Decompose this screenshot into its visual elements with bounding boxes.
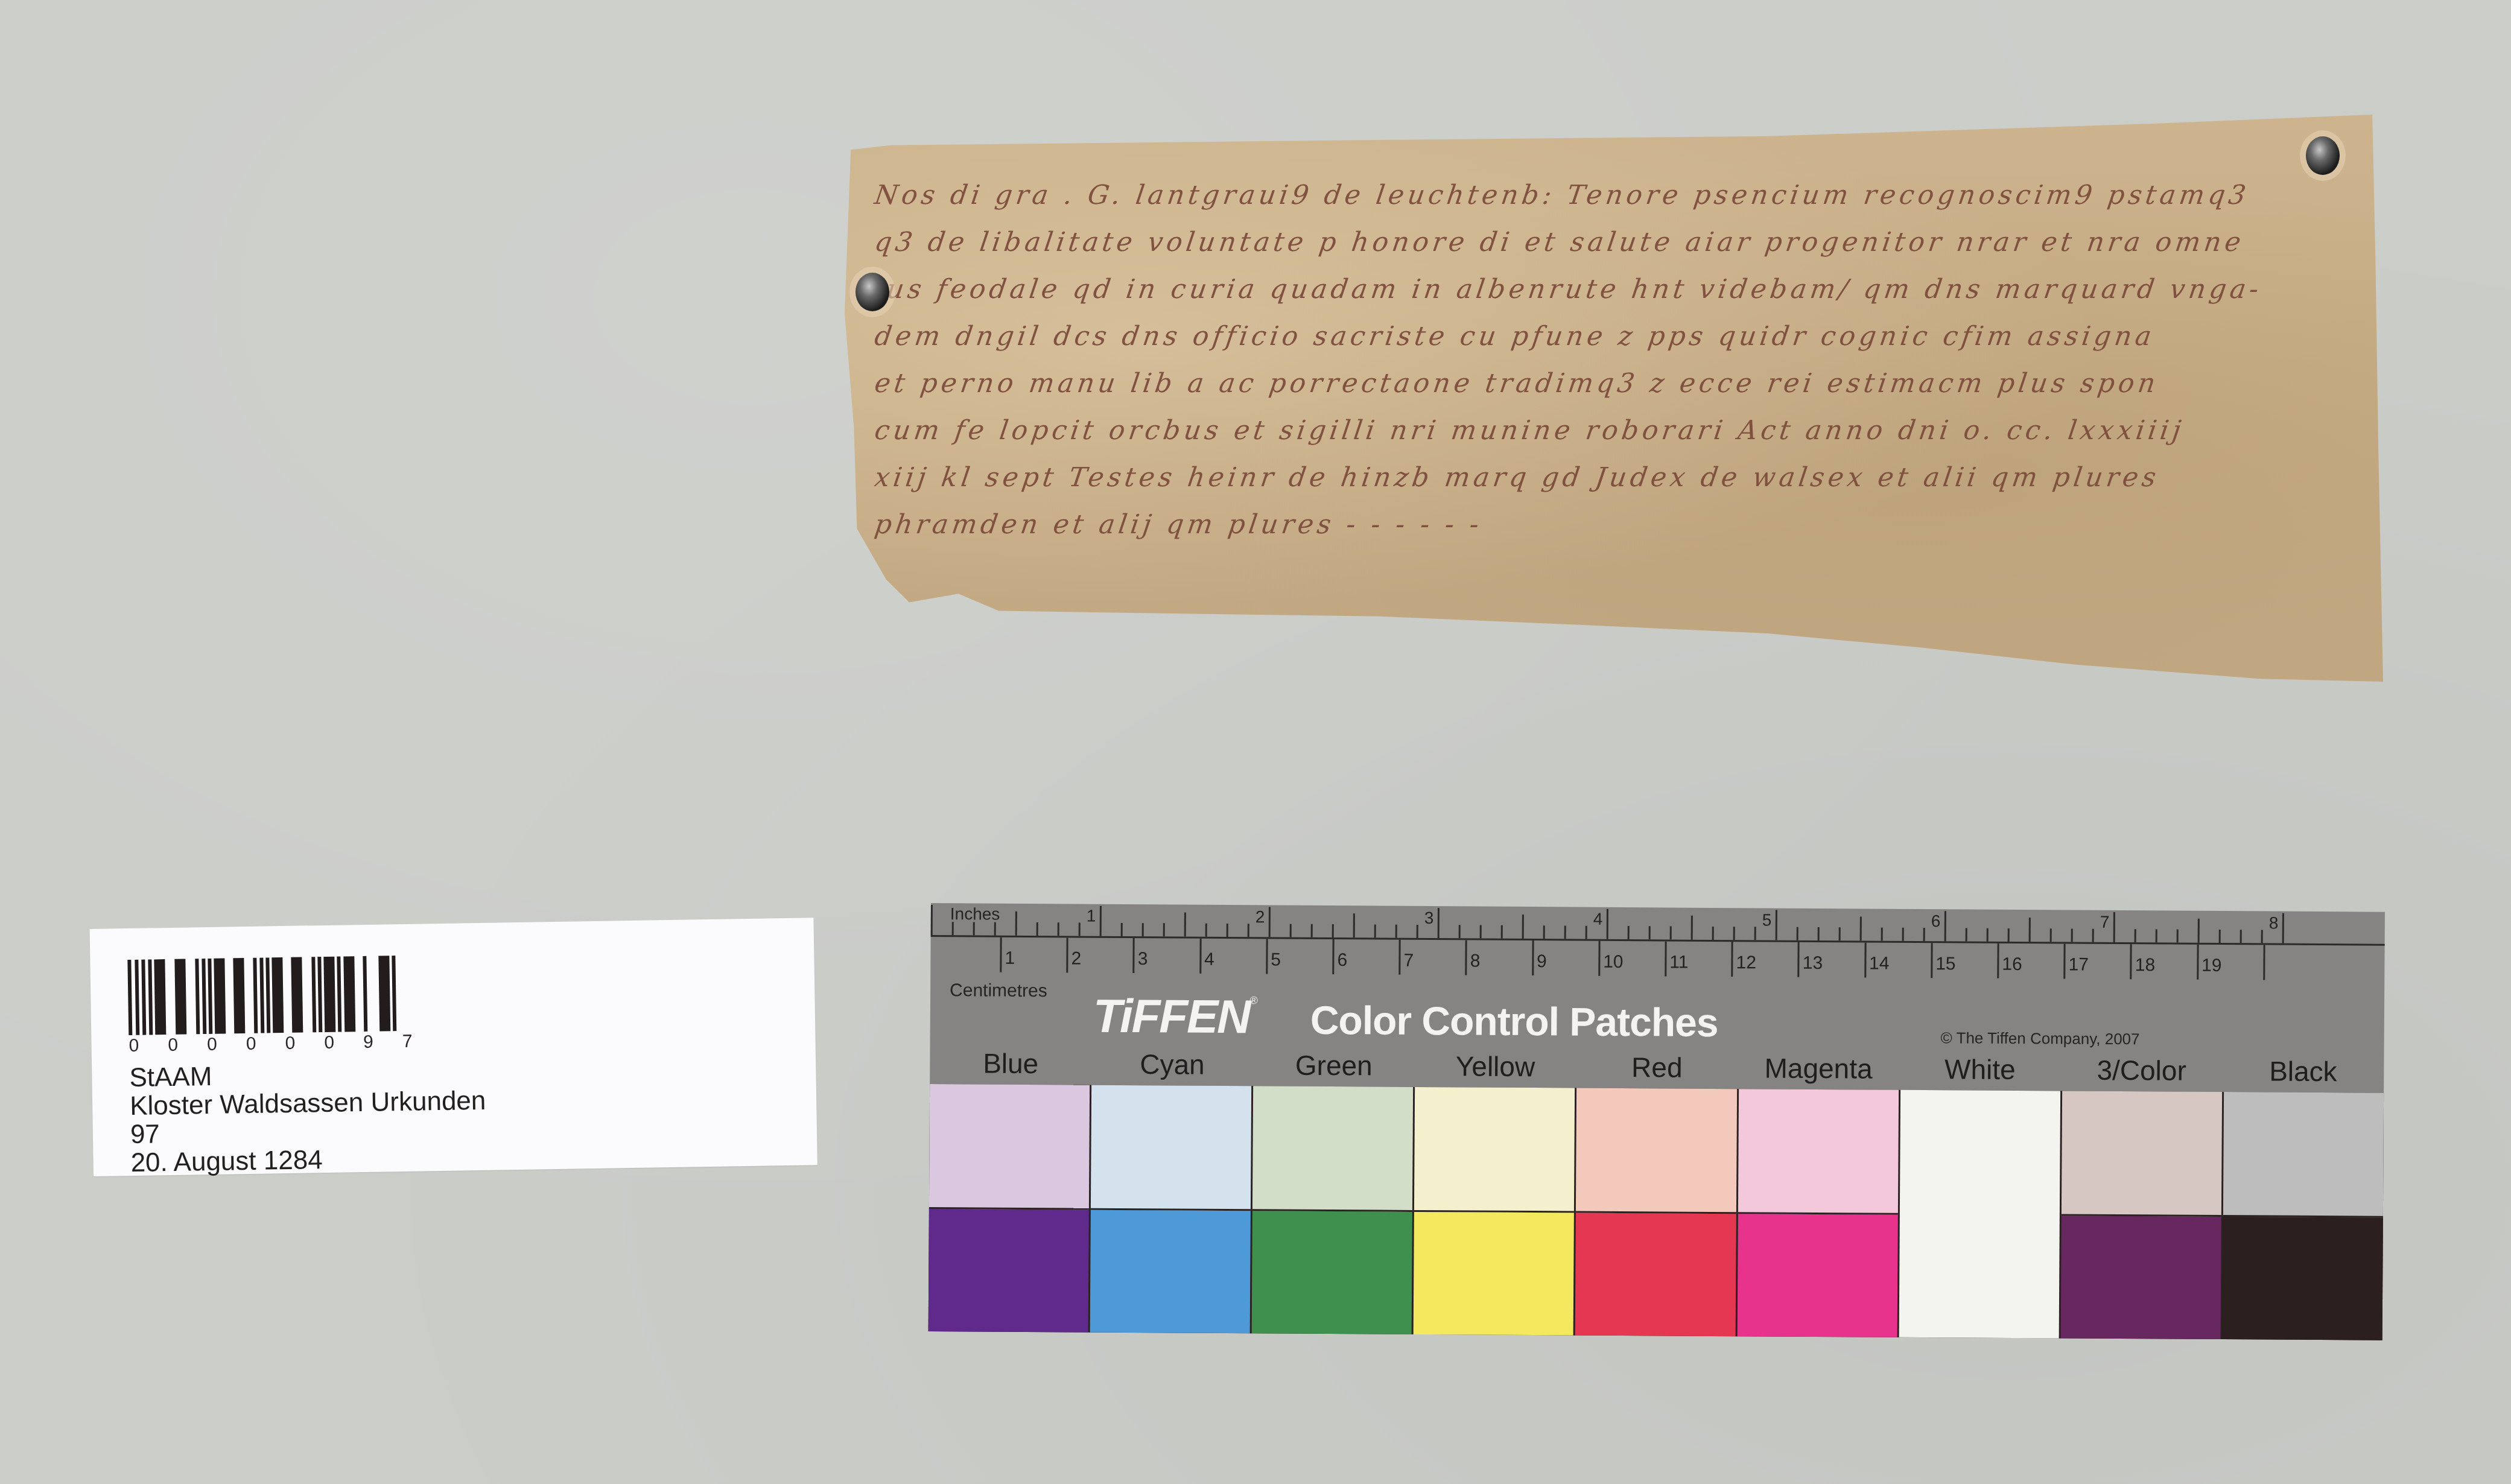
- cm-tick: [1665, 941, 1666, 976]
- tiffen-logo: TiFFEN®: [1093, 989, 1257, 1045]
- cm-tick: [1532, 940, 1534, 975]
- inch-tick: [1058, 922, 1059, 936]
- cm-tick: [1997, 943, 1999, 978]
- cm-number: 6: [1337, 950, 1347, 971]
- barcode-bar: [363, 956, 367, 1032]
- inch-tick: [1121, 923, 1123, 936]
- label-text: StAAM Kloster Waldsassen Urkunden 97 20.…: [129, 1059, 487, 1178]
- cm-tick: [1066, 937, 1068, 972]
- manuscript-text: Nos di gra . G. lantgraui9 de leuchtenb:…: [875, 172, 2335, 548]
- patch-column-3color: [2060, 1091, 2224, 1339]
- patch-name-magenta: Magenta: [1738, 1051, 1899, 1086]
- copyright-notice: © The Tiffen Company, 2007: [1941, 1029, 2140, 1048]
- inch-tick: [1353, 913, 1355, 937]
- inch-tick: [1438, 908, 1440, 938]
- barcode-digit: 0: [324, 1033, 334, 1053]
- patch-column-yellow: [1414, 1087, 1577, 1336]
- barcode-bar: [317, 957, 322, 1032]
- barcode-bar: [127, 960, 132, 1035]
- color-patches: [929, 1084, 2384, 1340]
- manuscript-line: ius feodale qd in curia quadam in albenr…: [875, 266, 2335, 313]
- cm-tick: [2263, 945, 2265, 980]
- cm-tick: [1332, 939, 1334, 974]
- barcode-bar: [291, 957, 303, 1033]
- barcode-digit: 9: [363, 1032, 373, 1053]
- patch-cyan-light: [1091, 1085, 1251, 1211]
- inch-tick: [2008, 928, 2010, 942]
- patch-column-white: [1899, 1090, 2062, 1339]
- inch-tick: [1248, 924, 1249, 937]
- cm-number: 2: [1071, 948, 1082, 969]
- patch-column-blue: [929, 1084, 1092, 1333]
- cm-number: 1: [1005, 948, 1015, 969]
- inch-tick: [1860, 916, 1862, 940]
- cm-number: 9: [1537, 951, 1547, 972]
- barcode-bar: [214, 959, 226, 1034]
- inch-tick: [2092, 929, 2094, 942]
- patch-black-dark: [2222, 1217, 2382, 1340]
- cm-tick: [1000, 937, 1002, 972]
- chart-title: Color Control Patches: [1310, 997, 1718, 1045]
- cm-number: 14: [1869, 954, 1890, 974]
- inch-tick: [1902, 928, 1904, 941]
- barcode-bar: [337, 957, 341, 1032]
- cm-tick: [1598, 941, 1600, 976]
- inch-tick: [1691, 916, 1693, 940]
- inch-tick: [2113, 912, 2115, 942]
- document-date: 20. August 1284: [130, 1144, 487, 1178]
- patch-name-black: Black: [2222, 1054, 2384, 1089]
- inch-tick: [2156, 929, 2157, 942]
- inch-tick: [1586, 926, 1587, 939]
- inch-tick: [1733, 927, 1735, 940]
- barcode-bar: [195, 959, 200, 1034]
- patch-name-red: Red: [1576, 1051, 1738, 1086]
- inch-tick: [1290, 924, 1292, 937]
- chart-header: Inches 12345678 123456789101112131415161…: [930, 903, 2385, 1093]
- inch-tick: [2050, 928, 2052, 942]
- barcode-bar: [154, 959, 166, 1035]
- rivet-left-icon: [856, 273, 889, 311]
- barcode-bar: [253, 958, 258, 1033]
- patch-red-light: [1576, 1088, 1736, 1214]
- cm-number: 5: [1271, 950, 1281, 970]
- barcode-bar: [202, 959, 206, 1034]
- color-control-chart: Inches 12345678 123456789101112131415161…: [929, 903, 2385, 1342]
- inch-tick: [1374, 924, 1376, 937]
- patch-name-white: White: [1899, 1053, 2061, 1088]
- manuscript-line: xiij kl sept Testes heinr de hinzb marq …: [875, 454, 2335, 501]
- inch-tick: [1142, 923, 1144, 936]
- barcode-bar: [174, 959, 186, 1035]
- patch-column-red: [1575, 1088, 1739, 1337]
- patch-yellow-light: [1414, 1087, 1575, 1213]
- inch-tick: [931, 905, 933, 935]
- inch-number: 3: [1424, 908, 1434, 928]
- inch-tick: [1522, 915, 1524, 939]
- patch-names: Blue Cyan Green Yellow Red Magenta White…: [930, 1047, 2384, 1089]
- cm-number: 7: [1404, 951, 1414, 971]
- inch-tick: [2219, 930, 2221, 943]
- inch-tick: [1163, 923, 1165, 936]
- inch-tick: [1754, 927, 1756, 940]
- cm-number: 4: [1204, 950, 1214, 970]
- inch-tick: [1395, 925, 1397, 938]
- inch-tick: [2240, 930, 2242, 943]
- rivet-right-icon: [2306, 136, 2340, 175]
- cm-number: 11: [1669, 952, 1688, 972]
- patch-red-dark: [1575, 1213, 1736, 1336]
- patch-name-3color: 3/Color: [2061, 1053, 2223, 1088]
- inch-tick: [2177, 930, 2179, 943]
- ruler-line: [931, 935, 2385, 946]
- inch-tick: [1839, 927, 1841, 940]
- inch-number: 7: [2100, 913, 2110, 932]
- inch-tick: [1227, 924, 1228, 937]
- inch-tick: [1311, 924, 1313, 937]
- inch-number: 4: [1593, 910, 1603, 929]
- patch-column-black: [2222, 1092, 2384, 1340]
- inch-tick: [1480, 925, 1482, 939]
- inches-caption: Inches: [950, 904, 1000, 924]
- cm-tick: [1931, 943, 1932, 978]
- cm-number: 12: [1736, 953, 1757, 973]
- barcode-bar: [233, 958, 245, 1033]
- inch-tick: [1459, 925, 1461, 938]
- inch-number: 8: [2269, 914, 2279, 933]
- inch-tick: [2029, 918, 2031, 942]
- barcode-bar: [148, 959, 153, 1035]
- barcode-digit: 0: [168, 1035, 178, 1056]
- barcode-digit: 0: [285, 1033, 295, 1054]
- cm-tick: [2130, 944, 2132, 979]
- cm-number: 16: [2002, 954, 2022, 975]
- cm-tick: [1199, 939, 1201, 974]
- patch-name-green: Green: [1253, 1048, 1415, 1083]
- patch-magenta-dark: [1737, 1214, 1897, 1337]
- inch-tick: [1543, 925, 1545, 939]
- barcode-digit: 0: [207, 1035, 217, 1055]
- inch-tick: [1944, 911, 1946, 941]
- cm-number: 10: [1603, 952, 1624, 972]
- patch-cyan-dark: [1090, 1210, 1251, 1333]
- patch-name-cyan: Cyan: [1091, 1048, 1253, 1083]
- inch-number: 2: [1255, 907, 1265, 927]
- inch-tick: [1776, 910, 1777, 940]
- inch-tick: [1649, 926, 1651, 939]
- manuscript-line: dem dngil dcs dns officio sacriste cu pf…: [875, 313, 2335, 360]
- inch-tick: [1564, 925, 1566, 939]
- cm-tick: [1864, 942, 1866, 977]
- barcode-bar: [271, 957, 284, 1033]
- cm-tick: [2063, 943, 2065, 978]
- inch-tick: [1417, 925, 1418, 938]
- patch-magenta-light: [1738, 1089, 1898, 1214]
- inch-tick: [2282, 913, 2284, 943]
- cm-tick: [1398, 940, 1400, 975]
- inch-tick: [1205, 924, 1207, 937]
- inch-tick: [1100, 906, 1102, 936]
- inch-tick: [1966, 928, 1967, 941]
- inch-tick: [1712, 927, 1714, 940]
- patch-green-light: [1252, 1086, 1413, 1211]
- manuscript-line: phramden et alij qm plures - - - - - -: [875, 501, 2335, 548]
- inch-tick: [1332, 924, 1334, 937]
- inch-number: 5: [1762, 910, 1772, 930]
- cm-number: 18: [2135, 955, 2156, 975]
- patch-blue-light: [929, 1084, 1090, 1210]
- centimetres-caption: Centimetres: [950, 980, 1047, 1001]
- catalog-label: 0 0 0 0 0 0 9 7 StAAM Kloster Waldsassen…: [90, 918, 817, 1176]
- barcode-bar: [323, 957, 335, 1032]
- inch-tick: [2135, 929, 2136, 942]
- collection-name: Kloster Waldsassen Urkunden: [130, 1087, 486, 1121]
- patch-yellow-dark: [1414, 1211, 1574, 1335]
- inch-tick: [1628, 926, 1630, 939]
- inch-tick: [973, 922, 975, 935]
- inch-tick: [1269, 907, 1271, 937]
- cm-tick: [1133, 938, 1135, 973]
- cm-number: 13: [1803, 953, 1823, 974]
- cm-tick: [1798, 942, 1800, 977]
- patch-column-cyan: [1090, 1085, 1254, 1334]
- parchment-charter: Nos di gra . G. lantgraui9 de leuchtenb:…: [845, 115, 2383, 682]
- barcode-bar: [311, 957, 316, 1032]
- inch-tick: [1501, 925, 1503, 939]
- cm-number: 19: [2201, 956, 2222, 976]
- patch-black-light: [2223, 1092, 2384, 1217]
- cm-number: 17: [2068, 955, 2089, 975]
- inch-tick: [1797, 927, 1798, 940]
- patch-white: [1899, 1090, 2060, 1339]
- barcode: [127, 956, 396, 1035]
- inch-tick: [1923, 928, 1925, 941]
- inch-tick: [1881, 928, 1883, 941]
- patch-column-magenta: [1737, 1089, 1900, 1337]
- inch-tick: [1670, 926, 1672, 939]
- manuscript-line: et perno manu lib a ac porrectaone tradi…: [875, 360, 2335, 407]
- cm-tick: [1266, 939, 1268, 974]
- barcode-digit: 7: [402, 1032, 413, 1052]
- patch-blue-dark: [929, 1208, 1089, 1332]
- inch-tick: [1987, 928, 1989, 942]
- barcode-digits: 0 0 0 0 0 0 9 7: [129, 1032, 412, 1056]
- barcode-digit: 0: [129, 1036, 139, 1056]
- manuscript-line: Nos di gra . G. lantgraui9 de leuchtenb:…: [875, 172, 2335, 219]
- barcode-bar: [392, 956, 396, 1031]
- cm-number: 15: [1935, 954, 1956, 974]
- barcode-bar: [343, 956, 355, 1032]
- patch-3color-dark: [2060, 1216, 2221, 1339]
- inch-tick: [1818, 927, 1820, 940]
- inch-tick: [1079, 922, 1081, 936]
- inch-tick: [952, 922, 954, 935]
- inch-tick: [1015, 912, 1017, 936]
- patch-name-yellow: Yellow: [1415, 1050, 1576, 1085]
- inch-tick: [1607, 909, 1608, 939]
- inch-tick: [2261, 930, 2263, 943]
- patch-green-dark: [1252, 1211, 1412, 1334]
- inch-tick: [2071, 929, 2073, 942]
- inch-tick: [1184, 913, 1186, 937]
- inch-tick: [994, 922, 996, 936]
- barcode-bar: [378, 956, 390, 1031]
- inch-tick: [1036, 922, 1038, 936]
- barcode-bar: [259, 958, 264, 1033]
- barcode-bar: [208, 959, 212, 1034]
- manuscript-line: q3 de libalitate voluntate p honore di e…: [875, 219, 2335, 266]
- barcode-bar: [141, 960, 146, 1035]
- patch-name-blue: Blue: [930, 1047, 1091, 1082]
- patch-3color-light: [2062, 1091, 2222, 1216]
- cm-tick: [1731, 942, 1733, 977]
- inch-number: 1: [1087, 907, 1096, 926]
- inch-tick: [2198, 919, 2200, 943]
- inch-number: 6: [1931, 912, 1941, 931]
- barcode-bar: [265, 957, 270, 1033]
- barcode-digit: 0: [246, 1034, 256, 1054]
- cm-number: 3: [1138, 949, 1148, 969]
- manuscript-line: cum fe lopcit orcbus et sigilli nri muni…: [875, 407, 2335, 454]
- patch-column-green: [1252, 1086, 1415, 1334]
- cm-tick: [1465, 940, 1467, 975]
- barcode-bar: [135, 960, 139, 1035]
- cm-tick: [2197, 945, 2198, 980]
- cm-number: 8: [1470, 951, 1481, 971]
